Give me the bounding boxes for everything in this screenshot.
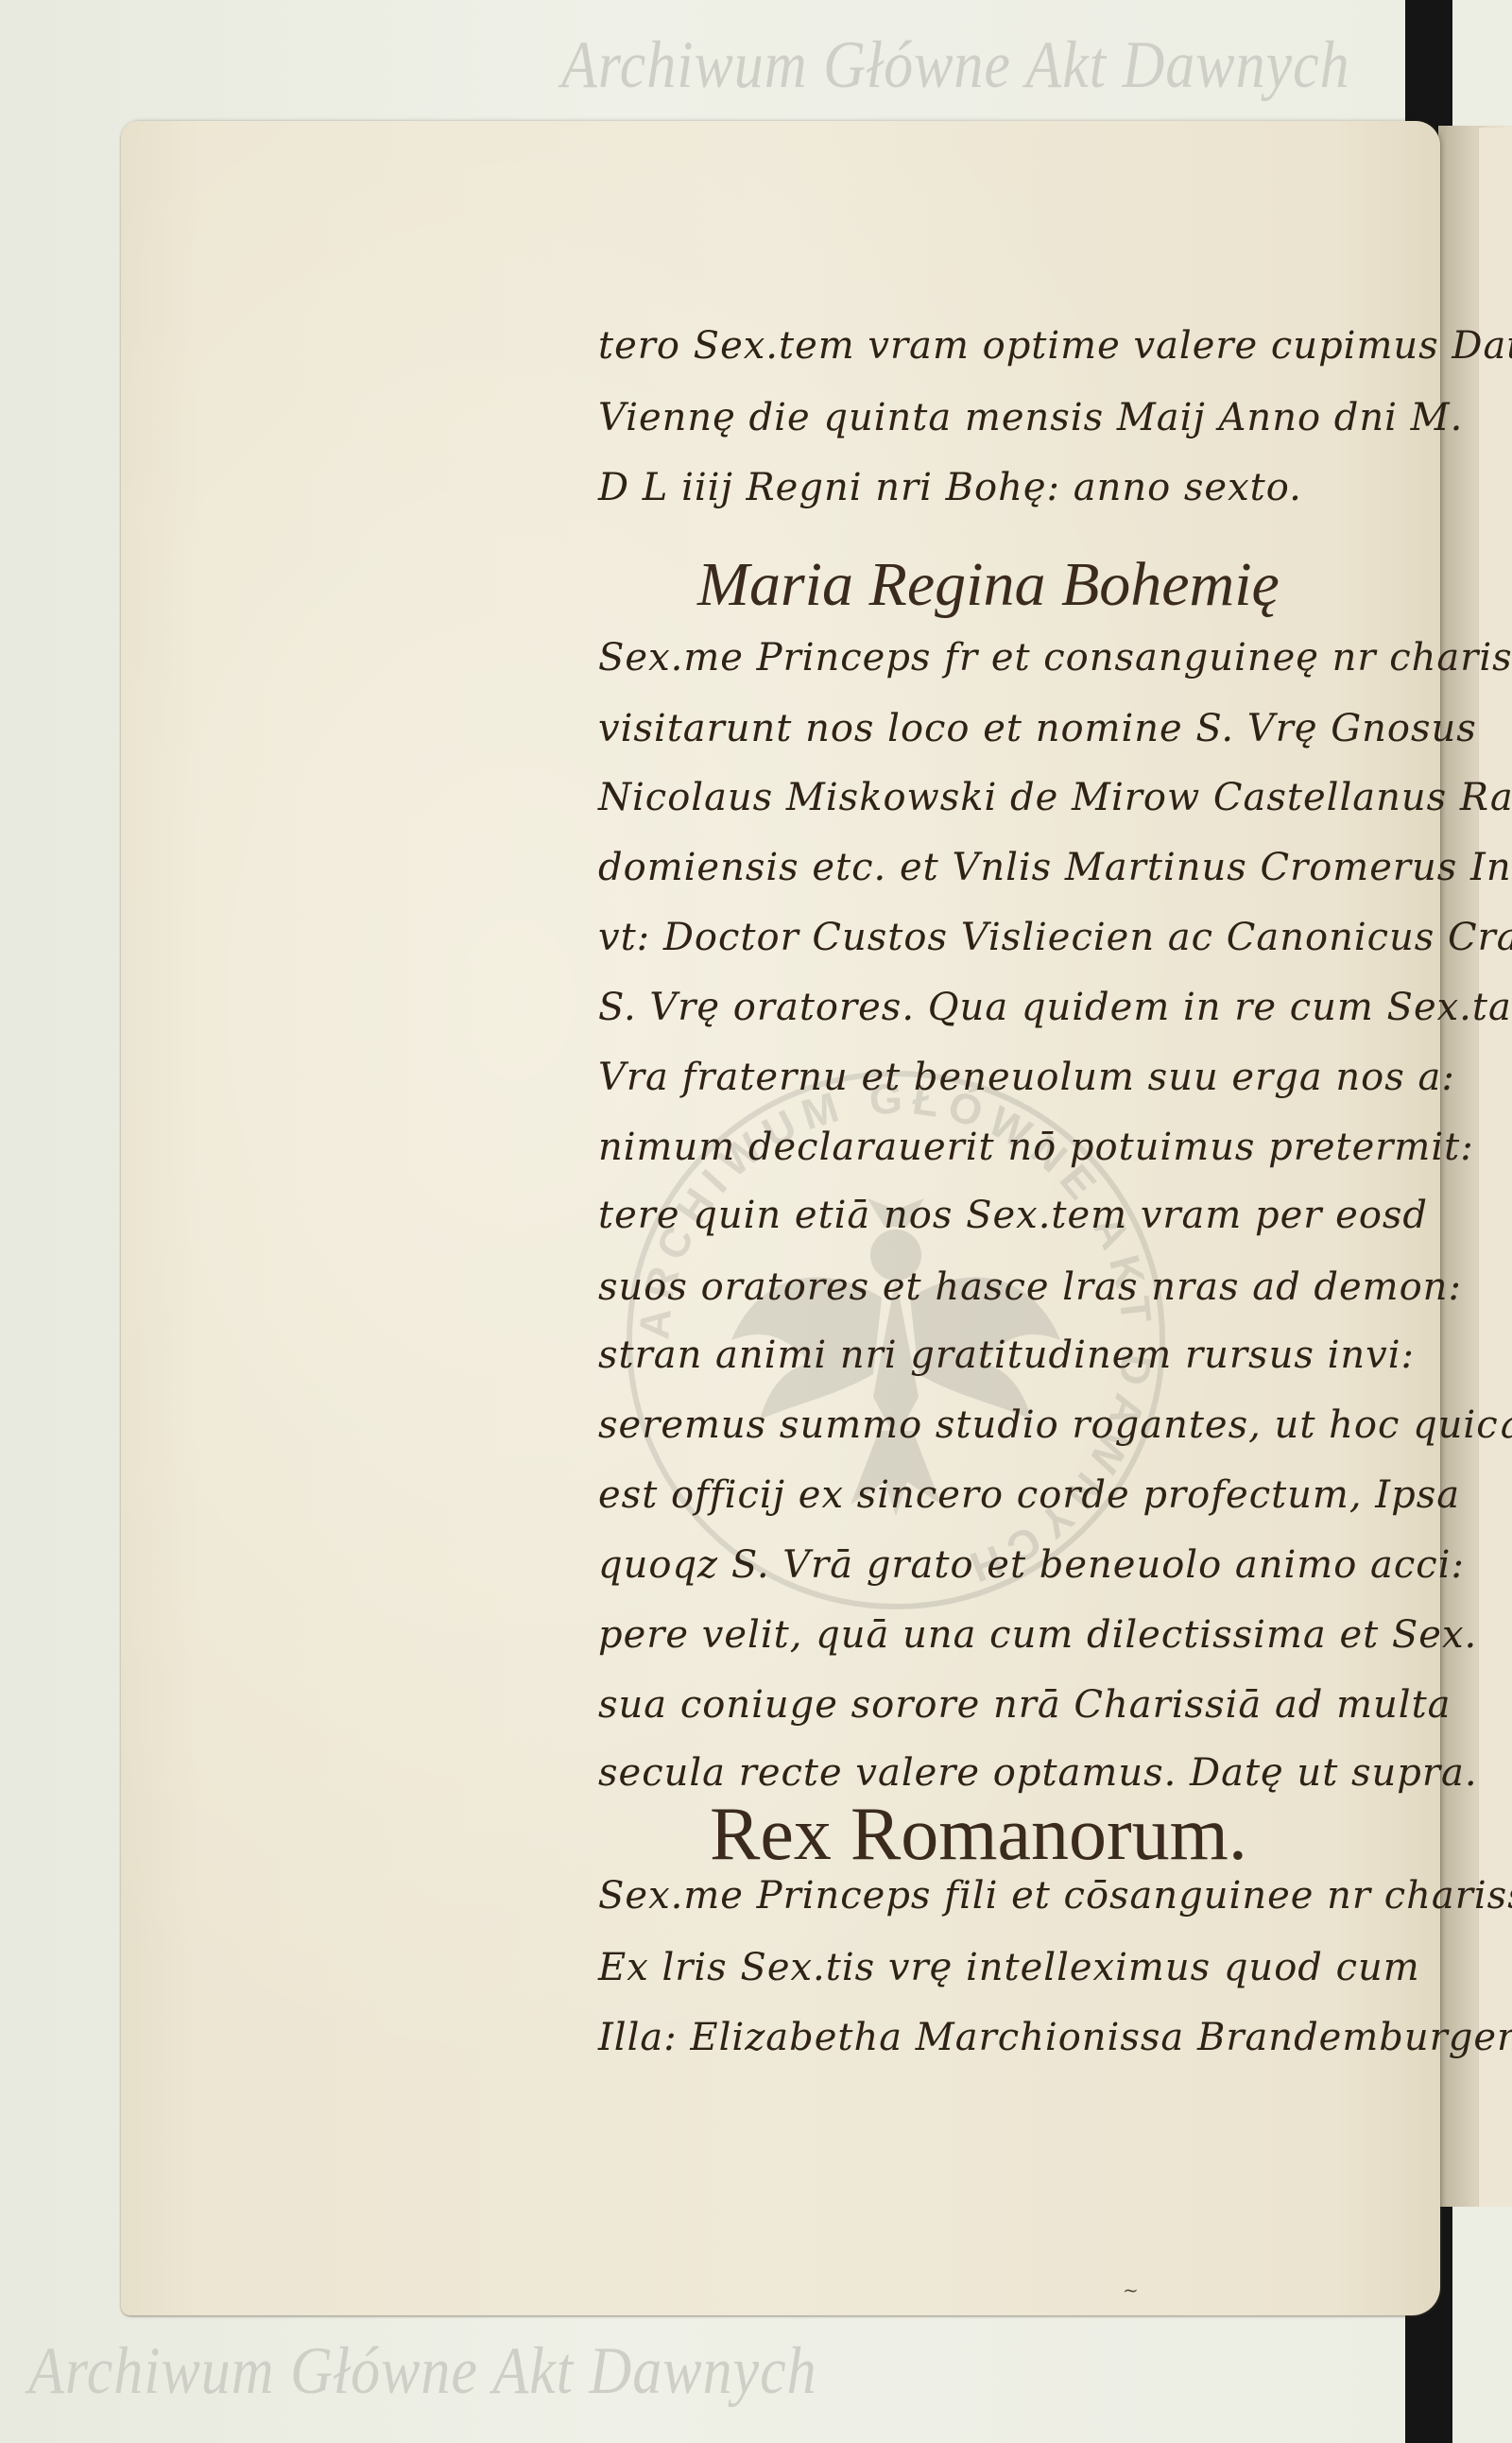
letter-line: visitarunt nos loco et nomine S. Vrę Gno…: [598, 707, 1477, 750]
letter-line: suos oratores et hasce lras nras ad demo…: [598, 1265, 1462, 1309]
letter-line: Nicolaus Miskowski de Mirow Castellanus …: [598, 776, 1512, 819]
closing-line-3: D L iiij Regni nri Bohę: anno sexto.: [598, 466, 1302, 509]
letter-line: pere velit, quā una cum dilectissima et …: [598, 1613, 1477, 1657]
letter-heading-rex: Rex Romanorum.: [710, 1792, 1247, 1878]
closing-line-2: Viennę die quinta mensis Maij Anno dni M…: [598, 396, 1463, 439]
letter-line: domiensis etc. et Vnlis Martinus Cromeru…: [598, 846, 1512, 889]
archive-watermark-top: Archiwum Główne Akt Dawnych: [561, 27, 1350, 105]
letter-line: Sex.me Princeps fr et consanguineę nr ch…: [598, 636, 1512, 680]
letter-line: stran animi nri gratitudinem rursus invi…: [598, 1333, 1415, 1377]
letter-line: Ex lris Sex.tis vrę intelleximus quod cu…: [598, 1946, 1420, 1989]
letter-line: vt: Doctor Custos Visliecien ac Canonicu…: [598, 916, 1512, 959]
letter-line: Vra fraternu et beneuolum suu erga nos a…: [598, 1056, 1455, 1099]
letter-line: est officij ex sincero corde profectum, …: [598, 1473, 1460, 1517]
letter-line: secula recte valere optamus. Datę ut sup…: [598, 1751, 1478, 1795]
letter-heading-maria: Maria Regina Bohemię: [697, 549, 1280, 621]
archive-watermark-bottom: Archiwum Główne Akt Dawnych: [28, 2333, 817, 2411]
letter-line: Illa: Elizabetha Marchionissa Brandembur…: [598, 2016, 1512, 2059]
letter-line: tere quin etiā nos Sex.tem vram per eosd: [598, 1194, 1428, 1237]
letter-line: quoqz S. Vrā grato et beneuolo animo acc…: [598, 1543, 1465, 1587]
letter-line: seremus summo studio rogantes, ut hoc qu…: [598, 1403, 1512, 1447]
letter-line: sua coniuge sorore nrā Charissiā ad mult…: [598, 1683, 1452, 1727]
letter-line: Sex.me Princeps fili et cōsanguinee nr c…: [598, 1874, 1512, 1918]
letter-line: S. Vrę oratores. Qua quidem in re cum Se…: [598, 986, 1512, 1029]
closing-line-1: tero Sex.tem vram optime valere cupimus …: [598, 324, 1512, 368]
letter-line: nimum declarauerit nō potuimus pretermit…: [598, 1126, 1474, 1169]
page-end-mark: ~: [1123, 2279, 1139, 2301]
manuscript-page: ARCHIWUM GŁÓWNE AKT DAWNYCH tero Sex.tem…: [121, 121, 1440, 2315]
